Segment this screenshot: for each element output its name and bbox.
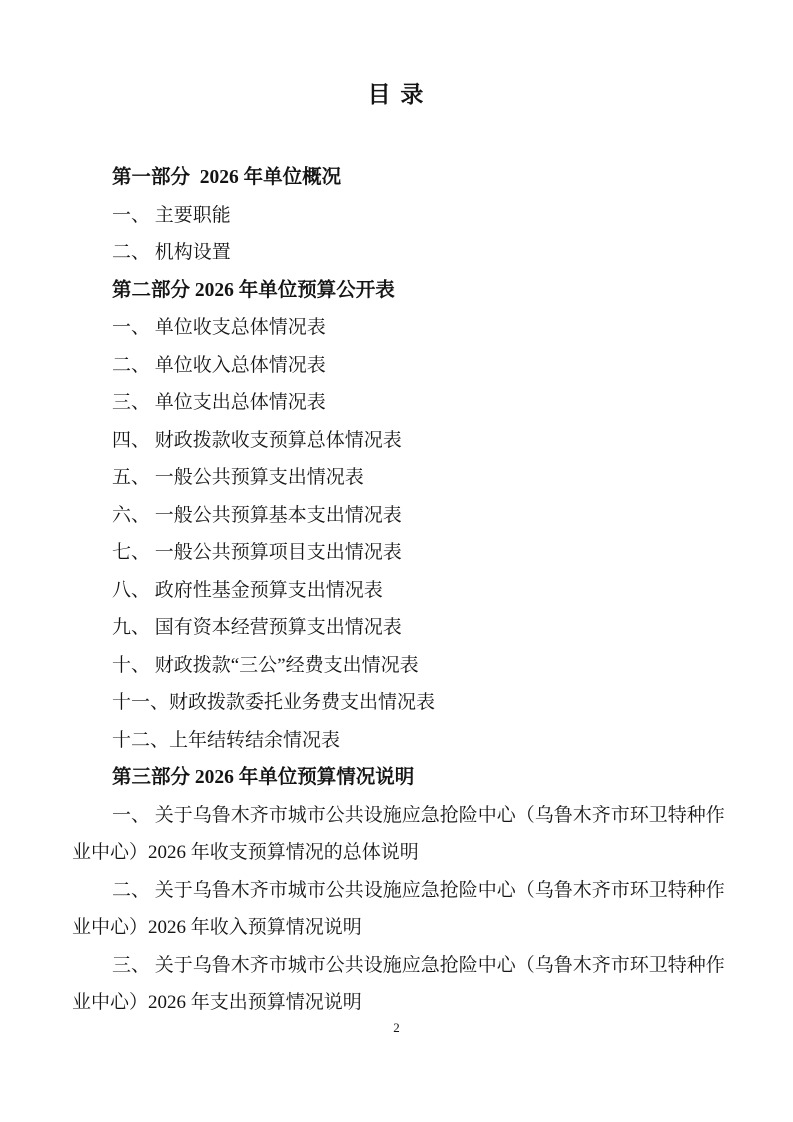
toc-item-line: 十二、上年结转结余情况表 — [72, 722, 772, 760]
toc-item-line: 三、 关于乌鲁木齐市城市公共设施应急抢险中心（乌鲁木齐市环卫特种作 — [72, 947, 772, 985]
toc-item-line: 四、 财政拨款收支预算总体情况表 — [72, 422, 772, 460]
toc-item-line: 八、 政府性基金预算支出情况表 — [72, 572, 772, 610]
toc-item-line: 二、 单位收入总体情况表 — [72, 347, 772, 385]
toc-item-line-continuation: 业中心）2026 年支出预算情况说明 — [72, 984, 772, 1022]
toc-item-line-continuation: 业中心）2026 年收支预算情况的总体说明 — [72, 834, 772, 872]
toc-item-line: 一、 单位收支总体情况表 — [72, 309, 772, 347]
toc-item-line: 五、 一般公共预算支出情况表 — [72, 459, 772, 497]
page-number: 2 — [0, 1020, 793, 1036]
toc-item-line: 二、 关于乌鲁木齐市城市公共设施应急抢险中心（乌鲁木齐市环卫特种作 — [72, 872, 772, 910]
table-of-contents: 第一部分 2026 年单位概况 一、 主要职能 二、 机构设置 第二部分 202… — [72, 159, 772, 1022]
toc-item-line: 九、 国有资本经营预算支出情况表 — [72, 609, 772, 647]
toc-item-line: 一、 关于乌鲁木齐市城市公共设施应急抢险中心（乌鲁木齐市环卫特种作 — [72, 797, 772, 835]
toc-item-line: 二、 机构设置 — [72, 234, 772, 272]
toc-item-line-continuation: 业中心）2026 年收入预算情况说明 — [72, 909, 772, 947]
toc-heading-part2: 第二部分 2026 年单位预算公开表 — [72, 272, 772, 310]
doc-title: 目 录 — [0, 76, 793, 109]
toc-item-line: 七、 一般公共预算项目支出情况表 — [72, 534, 772, 572]
document-page: 目 录 第一部分 2026 年单位概况 一、 主要职能 二、 机构设置 第二部分… — [0, 0, 793, 1122]
toc-item-line: 三、 单位支出总体情况表 — [72, 384, 772, 422]
toc-item-line: 一、 主要职能 — [72, 197, 772, 235]
toc-item-line: 六、 一般公共预算基本支出情况表 — [72, 497, 772, 535]
toc-item-line: 十、 财政拨款“三公”经费支出情况表 — [72, 647, 772, 685]
toc-heading-part3: 第三部分 2026 年单位预算情况说明 — [72, 759, 772, 797]
toc-heading-part1: 第一部分 2026 年单位概况 — [72, 159, 772, 197]
toc-item-line: 十一、财政拨款委托业务费支出情况表 — [72, 684, 772, 722]
